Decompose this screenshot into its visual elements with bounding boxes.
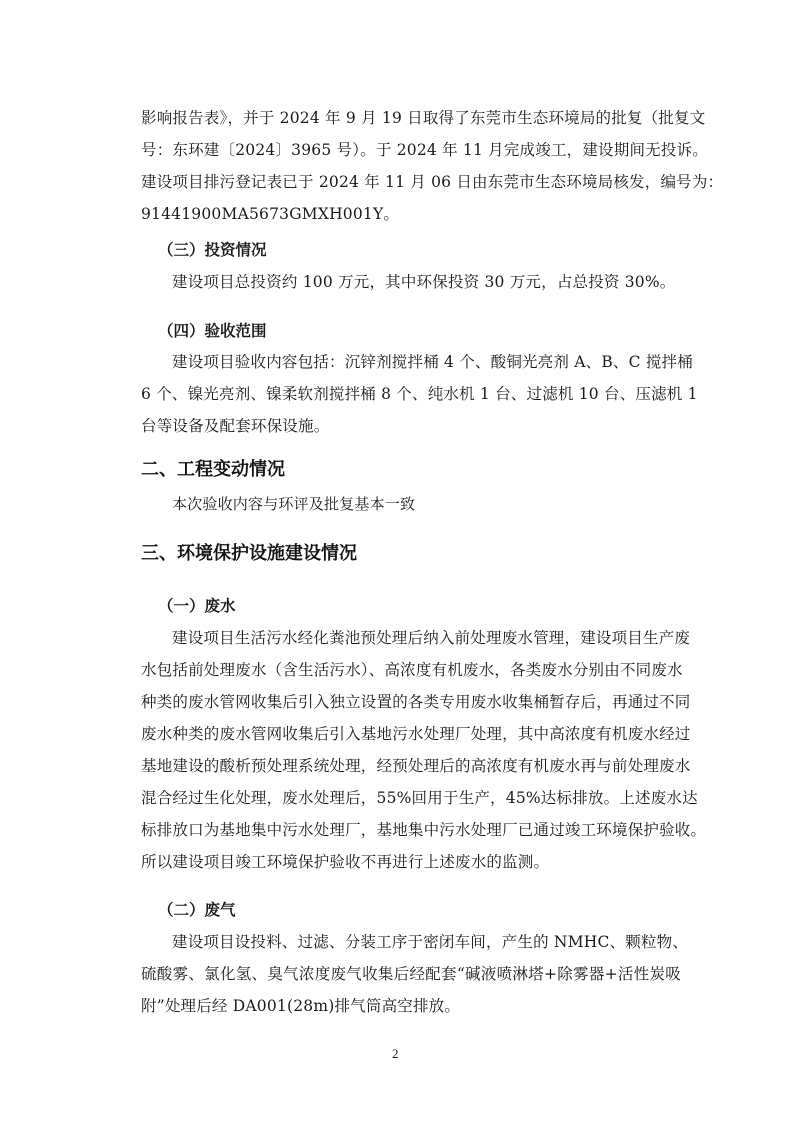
scope-line: 台等设备及配套环保设施。: [141, 416, 681, 436]
exhaust-line: 建设项目设投料、过滤、分装工序于密闭车间，产生的 NMHC、颗粒物、: [172, 932, 681, 952]
chapter-title-env-facilities: 三、环境保护设施建设情况: [141, 543, 357, 565]
page-number: 2: [392, 1046, 399, 1062]
section-title-exhaust: （二）废气: [158, 900, 236, 920]
intro-line: 91441900MA5673GMXH001Y。: [141, 204, 681, 224]
section-title-wastewater: （一）废水: [158, 596, 236, 616]
intro-line: 建设项目排污登记表已于 2024 年 11 月 06 日由东莞市生态环境局核发，…: [141, 172, 681, 192]
wastewater-line: 所以建设项目竣工环境保护验收不再进行上述废水的监测。: [141, 852, 681, 872]
exhaust-line: 硫酸雾、氯化氢、臭气浓度废气收集后经配套“碱液喷淋塔+除雾器+活性炭吸: [141, 964, 681, 984]
section-title-scope: （四）验收范围: [158, 321, 267, 341]
document-page: 影响报告表》，并于 2024 年 9 月 19 日取得了东莞市生态环境局的批复（…: [0, 0, 794, 1123]
exhaust-line: 附”处理后经 DA001(28m)排气筒高空排放。: [141, 996, 681, 1016]
scope-line: 建设项目验收内容包括：沉锌剂搅拌桶 4 个、酸铜光亮剂 A、B、C 搅拌桶: [172, 352, 681, 372]
section-title-investment: （三）投资情况: [158, 240, 267, 260]
wastewater-line: 基地建设的酸析预处理系统处理，经预处理后的高浓度有机废水再与前处理废水: [141, 756, 681, 776]
chapter-title-changes: 二、工程变动情况: [141, 459, 285, 481]
intro-line: 号：东环建〔2024〕3965 号）。于 2024 年 11 月完成竣工，建设期…: [141, 140, 681, 160]
wastewater-line: 建设项目生活污水经化粪池预处理后纳入前处理废水管理，建设项目生产废: [172, 628, 681, 648]
wastewater-line: 种类的废水管网收集后引入独立设置的各类专用废水收集桶暂存后，再通过不同: [141, 692, 681, 712]
scope-line: 6 个、镍光亮剂、镍柔软剂搅拌桶 8 个、纯水机 1 台、过滤机 10 台、压滤…: [141, 384, 681, 404]
changes-line: 本次验收内容与环评及批复基本一致: [172, 494, 681, 514]
intro-line: 影响报告表》，并于 2024 年 9 月 19 日取得了东莞市生态环境局的批复（…: [141, 108, 681, 128]
investment-line: 建设项目总投资约 100 万元，其中环保投资 30 万元，占总投资 30%。: [172, 272, 681, 292]
wastewater-line: 废水种类的废水管网收集后引入基地污水处理厂处理，其中高浓度有机废水经过: [141, 724, 681, 744]
wastewater-line: 混合经过生化处理，废水处理后，55%回用于生产，45%达标排放。上述废水达: [141, 788, 681, 808]
wastewater-line: 水包括前处理废水（含生活污水）、高浓度有机废水，各类废水分别由不同废水: [141, 660, 681, 680]
wastewater-line: 标排放口为基地集中污水处理厂，基地集中污水处理厂已通过竣工环境保护验收。: [141, 820, 681, 840]
